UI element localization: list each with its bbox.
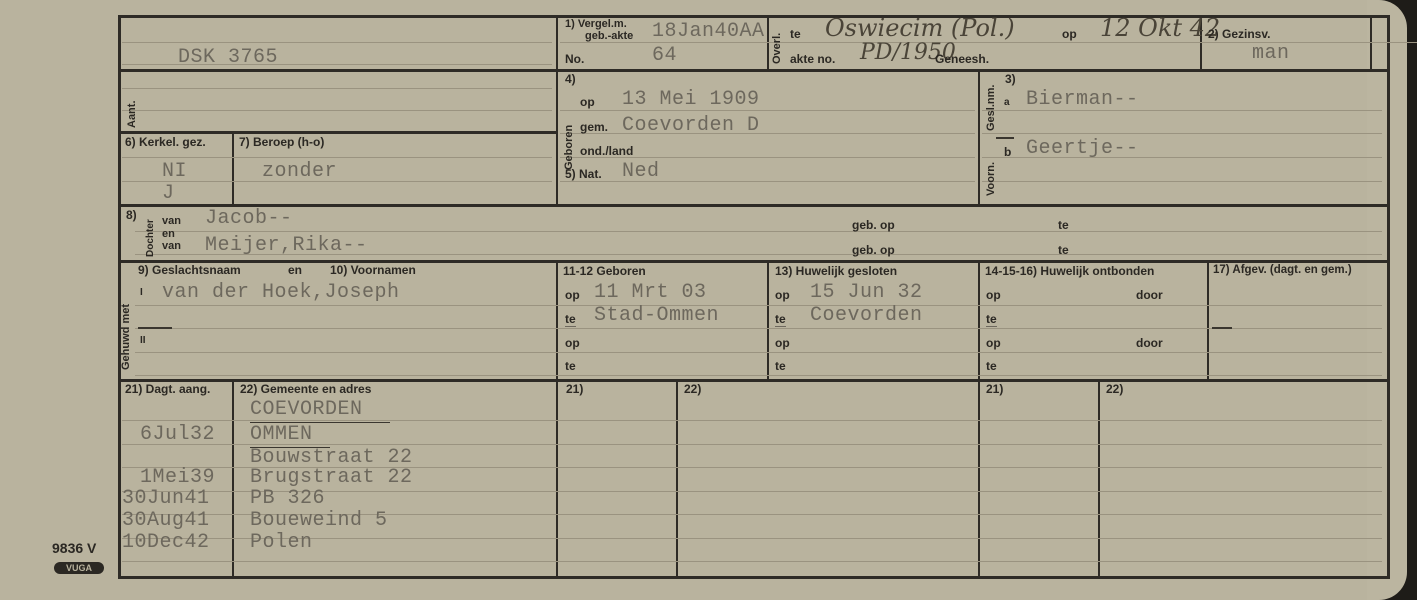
spouse-born-te-label: te [565, 312, 576, 327]
geneesh-label: Geneesh. [935, 52, 989, 66]
row2-marker: II [140, 335, 146, 346]
address-entry: Polen [250, 531, 313, 554]
nat-value: Ned [622, 160, 660, 183]
ond-label: ond./land [580, 144, 633, 158]
address-entry: COEVORDEN [250, 398, 363, 421]
field-1-label: 1) Vergel.m. [565, 18, 627, 30]
en-label: en [162, 228, 175, 240]
overl-place: Oswiecim (Pol.) [825, 14, 1015, 42]
spouse-born-place: Stad-Ommen [594, 304, 719, 327]
divider [232, 380, 234, 579]
no-value: 64 [652, 44, 677, 67]
firstnames-header: 10) Voornamen [330, 263, 416, 277]
address-entry: Boueweind 5 [250, 509, 388, 532]
surname-side-label: Gesl.nm. [985, 85, 997, 131]
nat-label: 5) Nat. [565, 167, 602, 181]
mother-name: Meijer,Rika-- [205, 234, 368, 257]
field-7-value: zonder [262, 160, 337, 183]
field-4-number: 4) [565, 72, 576, 86]
spouse2-born-op-label: op [565, 336, 580, 350]
address-header: 22) Gemeente en adres [240, 382, 371, 396]
address-date: 1Mei39 [140, 466, 215, 489]
dissolved2-op-label: op [986, 336, 1001, 350]
annotation-value: DSK 3765 [178, 46, 278, 69]
divider [1207, 261, 1209, 380]
address-entry: PB 326 [250, 487, 325, 510]
divider [118, 204, 1390, 207]
dissolved-op-label: op [986, 288, 1001, 302]
van-label: van [162, 215, 181, 227]
spouse-born-op-label: op [565, 288, 580, 302]
field-2-value: man [1252, 42, 1290, 65]
married-te-label: te [775, 312, 786, 327]
divider [1098, 380, 1100, 579]
dissolved2-te-label: te [986, 359, 997, 373]
divider [978, 70, 980, 205]
married-place: Coevorden [810, 304, 923, 327]
married-date: 15 Jun 32 [810, 281, 923, 304]
address-entry: OMMEN [250, 423, 313, 446]
a-label: a [1004, 97, 1010, 108]
printer-badge: VUGA [54, 562, 104, 574]
father-name: Jacob-- [205, 207, 293, 230]
dissolved-label: 14-15-16) Huwelijk ontbonden [985, 264, 1154, 278]
father-te-label: te [1058, 218, 1069, 232]
field-1-label-2: geb.-akte [585, 30, 633, 42]
field-1-value: 18Jan40AA [652, 20, 765, 43]
surname-header: 9) Geslachtsnaam [138, 263, 241, 277]
divider [118, 131, 558, 134]
firstname-value: Geertje-- [1026, 137, 1139, 160]
born-place: Coevorden D [622, 114, 760, 137]
address-date: 30Jun41 [122, 487, 210, 510]
issued-label: 17) Afgev. (dagt. en gem.) [1213, 264, 1352, 276]
col22-label-2: 22) [684, 382, 701, 396]
divider [232, 132, 234, 205]
address-entry: Brugstraat 22 [250, 466, 413, 489]
divider [556, 15, 558, 205]
no-label: No. [565, 52, 584, 66]
dissolved-te-label: te [986, 312, 997, 327]
annotation-label: Aant. [126, 101, 138, 129]
married-op-label: op [775, 288, 790, 302]
dissolved-door-label: door [1136, 288, 1163, 302]
field-2-label: 2) Gezinsv. [1208, 27, 1270, 41]
surname-value: Bierman-- [1026, 88, 1139, 111]
field-3-number: 3) [1005, 72, 1016, 86]
firstname-side-label: Voorn. [985, 162, 997, 196]
address-date: 30Aug41 [122, 509, 210, 532]
dissolved2-door-label: door [1136, 336, 1163, 350]
divider [767, 261, 769, 380]
spouse-1-name: van der Hoek,Joseph [162, 281, 400, 304]
col21-label-2: 21) [566, 382, 583, 396]
field-6-value-2: J [162, 182, 175, 205]
married-label: 13) Huwelijk gesloten [775, 264, 897, 278]
divider [676, 380, 678, 579]
en-header: en [288, 263, 302, 277]
field-8-number: 8) [126, 208, 137, 222]
geboren-side-label: Geboren [563, 125, 575, 170]
married2-te-label: te [775, 359, 786, 373]
born-op-label: op [580, 95, 595, 109]
overleden-side-label: Overl. [771, 33, 783, 64]
mother-te-label: te [1058, 243, 1069, 257]
mother-geb-op-label: geb. op [852, 243, 895, 257]
field-6-label: 6) Kerkel. gez. [125, 135, 206, 149]
address-date: 10Dec42 [122, 531, 210, 554]
col21-label-3: 21) [986, 382, 1003, 396]
row1-marker: I [140, 287, 143, 298]
dochter-side-label: Dochter [145, 219, 156, 257]
overl-te-label: te [790, 27, 801, 41]
field-6-value-1: NI [162, 160, 187, 183]
van2-label: van [162, 240, 181, 252]
born-gem-label: gem. [580, 120, 608, 134]
col22-label-3: 22) [1106, 382, 1123, 396]
akte-label: akte no. [790, 52, 835, 66]
spouse-born-label: 11-12 Geboren [563, 264, 646, 278]
married2-op-label: op [775, 336, 790, 350]
spouse-born-date: 11 Mrt 03 [594, 281, 707, 304]
spouse2-born-te-label: te [565, 359, 576, 373]
father-geb-op-label: geb. op [852, 218, 895, 232]
b-label: b [1004, 145, 1011, 159]
date-header: 21) Dagt. aang. [125, 382, 210, 396]
overl-op-label: op [1062, 27, 1077, 41]
born-date: 13 Mei 1909 [622, 88, 760, 111]
gehuwd-side-label: Gehuwd met [120, 304, 132, 370]
divider [118, 260, 1390, 263]
overl-date: 12 Okt 42 [1100, 14, 1220, 42]
form-number: 9836 V [52, 540, 96, 556]
field-7-label: 7) Beroep (h-o) [239, 135, 324, 149]
address-date: 6Jul32 [140, 423, 215, 446]
